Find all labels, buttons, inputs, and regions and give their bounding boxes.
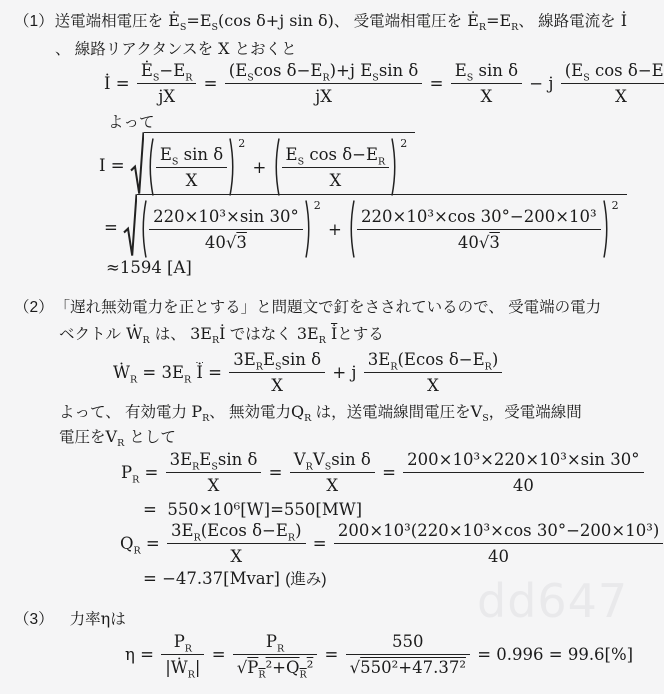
left-paren-icon — [146, 137, 154, 197]
fraction: (ES cos δ−ER)X — [561, 61, 664, 106]
denominator: 40√3 — [149, 229, 303, 252]
left-paren-icon — [272, 137, 280, 197]
numerator: (ES cos δ−ER) — [561, 61, 664, 83]
denominator: X — [156, 167, 227, 190]
math-operator: + — [247, 158, 271, 177]
equation-current-complex: İ = ĖS−ERjX = (EScos δ−ER)+j ESsin δjX =… — [104, 61, 664, 106]
section2-line1: （2）「遅れ無効電力を正とする」と問題文で釘をさされているので、 受電端の電力 — [14, 295, 601, 321]
text-run: 、 線路電流を — [518, 9, 615, 35]
text-run: とおくと — [235, 37, 297, 63]
numerator: 550 — [346, 632, 470, 654]
numerator: 220×10³×cos 30°−200×10³ — [357, 207, 601, 229]
section2-line4: 電圧をVR として — [59, 424, 176, 451]
denominator: X — [290, 472, 375, 495]
math-operator: = — [198, 74, 222, 93]
denominator: 40√3 — [357, 229, 601, 252]
equation-reactive-power: QR = 3ER(Ecos δ−ER)X = 200×10³(220×10³×c… — [120, 521, 664, 566]
math-run: QR — [291, 399, 311, 425]
radical-icon — [130, 132, 144, 198]
exponent: 2 — [612, 199, 619, 212]
math-run: ẆR — [121, 321, 155, 347]
fraction: 3ERESsin δX — [229, 350, 325, 395]
square-root: ES sin δX 2 + ES cos δ−ERX 2 — [130, 132, 415, 198]
section1-line1: （1）送電端相電圧を ĖS=ES(cos δ+j sin δ)、 受電端相電圧を… — [14, 8, 627, 35]
equation-power-factor: η = PR|ẆR| = PR√PR²+QR² = 550√550²+47.37… — [125, 632, 633, 677]
math-run: 3ERİ — [190, 321, 225, 347]
fraction: 200×10³(220×10³×cos 30°−200×10³)40 — [334, 521, 663, 566]
fraction: 3ERESsin δX — [166, 450, 262, 495]
section2-label: （2） — [14, 295, 54, 321]
text-run: ではなく — [225, 322, 291, 348]
denominator: √550²+47.37² — [346, 654, 470, 677]
text-run: ベクトル — [59, 322, 121, 348]
text-run: は — [110, 607, 126, 633]
fraction: ĖS−ERjX — [137, 61, 197, 106]
text-run: は，送電端線間電圧を — [311, 400, 470, 426]
math-result: = 0.996 = 99.6[%] — [472, 645, 633, 664]
numerator: 3ER(Ecos δ−ER) — [364, 350, 502, 372]
equation-current-magnitude: I = ES sin δX 2 + ES cos δ−ERX 2 — [99, 132, 415, 198]
math-result: = 550×10⁶[W]=550[MW] — [143, 500, 362, 519]
left-paren-icon — [347, 199, 355, 259]
text-run: (進み) — [285, 567, 326, 589]
denominator: jX — [225, 83, 423, 106]
left-paren-icon — [139, 199, 147, 259]
math-lhs: PR = — [121, 463, 164, 482]
math-operator: = — [308, 534, 332, 553]
fraction: PR√PR²+QR² — [233, 632, 318, 677]
section2-line3: よって、 有効電力 PR、 無効電力QR は，送電端線間電圧をVS，受電端線間 — [59, 399, 582, 426]
math-run: VR — [106, 424, 130, 450]
numerator: 200×10³(220×10³×cos 30°−200×10³) — [334, 521, 663, 543]
denominator: X — [167, 543, 305, 566]
denominator: √PR²+QR² — [233, 654, 318, 677]
text-run: とする — [337, 322, 384, 348]
math-lhs: ẆR = 3ER İ = — [113, 363, 227, 382]
math-lhs: η = — [125, 645, 159, 664]
numerator: ES cos δ−ER — [282, 145, 390, 167]
text-run: よって、 有効電力 — [59, 400, 191, 426]
equation-active-power-result: = 550×10⁶[W]=550[MW] — [143, 500, 362, 519]
math-run: ĖR=ER — [462, 8, 518, 34]
numerator: 3ERESsin δ — [166, 450, 262, 472]
numerator: PR — [233, 632, 318, 654]
fraction: 220×10³×sin 30°40√3 — [149, 207, 303, 252]
math-run: VS — [471, 399, 489, 425]
denominator: X — [229, 372, 325, 395]
text-run: 、 線路リアクタンスを — [55, 37, 213, 63]
fraction: 200×10³×220×10³×sin 30°40 — [403, 450, 643, 495]
text-run: は、 — [155, 322, 190, 348]
denominator: X — [364, 372, 502, 395]
math-result: = −47.37[Mvar] — [143, 569, 285, 588]
numerator: ĖS−ER — [137, 61, 197, 83]
radical-icon — [123, 194, 137, 260]
numerator: 200×10³×220×10³×sin 30° — [403, 450, 643, 472]
right-paren-icon — [603, 199, 611, 259]
numerator: 3ERESsin δ — [229, 350, 325, 372]
numerator: PR — [161, 632, 204, 654]
text-run: 「遅れ無効電力を正とする」と問題文で釘をさされているので、 受電端の電力 — [55, 295, 602, 321]
math-operator: = — [319, 645, 343, 664]
math-result: ≈1594 [A] — [106, 258, 192, 277]
math-lhs: = — [104, 218, 123, 237]
math-run: PR — [191, 399, 209, 425]
math-operator: = — [424, 74, 448, 93]
denominator: X — [282, 167, 390, 190]
numerator: VRVSsin δ — [290, 450, 375, 472]
fraction: 3ER(Ecos δ−ER)X — [167, 521, 305, 566]
section2-line2: ベクトル ẆR は、 3ERİ ではなく 3ER İとする — [59, 321, 384, 348]
fraction: ES sin δX — [156, 145, 227, 190]
radicand: ES sin δX 2 + ES cos δ−ERX 2 — [144, 132, 415, 198]
math-operator: = — [206, 645, 230, 664]
denominator: |ẆR| — [161, 654, 204, 677]
section3-label: （3） — [14, 607, 54, 633]
right-paren-icon — [305, 199, 313, 259]
fraction: VRVSsin δX — [290, 450, 375, 495]
math-run: İ — [616, 8, 627, 34]
exponent: 2 — [314, 199, 321, 212]
equation-power-vector: ẆR = 3ER İ = 3ERESsin δX + j 3ER(Ecos δ−… — [113, 350, 504, 395]
text-run: 電圧を — [59, 425, 106, 451]
fraction: 550√550²+47.37² — [346, 632, 470, 677]
text-run: として — [129, 425, 176, 451]
equation-current-result: ≈1594 [A] — [106, 258, 192, 277]
math-operator: = — [263, 463, 287, 482]
math-lhs: İ = — [104, 74, 135, 93]
fraction: 220×10³×cos 30°−200×10³40√3 — [357, 207, 601, 252]
denominator: 40 — [403, 472, 643, 495]
section1-line2: 、 線路リアクタンスを X とおくと — [55, 36, 297, 63]
math-run: η — [101, 606, 111, 632]
denominator: X — [561, 83, 664, 106]
math-operator: + j — [327, 363, 362, 382]
document-page: （1）送電端相電圧を ĖS=ES(cos δ+j sin δ)、 受電端相電圧を… — [0, 0, 664, 694]
denominator: 40 — [334, 543, 663, 566]
denominator: jX — [137, 83, 197, 106]
text-run: 力率 — [70, 607, 101, 633]
math-operator: + — [323, 220, 347, 239]
math-run: 3ER İ — [292, 321, 338, 347]
equation-current-numeric: = 220×10³×sin 30°40√3 2 + 220×10³×cos 30… — [104, 194, 627, 260]
math-run: ĖS=ES(cos δ+j sin δ) — [163, 8, 334, 34]
exponent: 2 — [238, 137, 245, 150]
math-lhs: QR = — [120, 534, 165, 553]
section1-label: （1） — [14, 9, 54, 35]
math-run: X — [213, 36, 235, 62]
denominator: X — [451, 83, 522, 106]
math-operator: = — [377, 463, 401, 482]
denominator: X — [166, 472, 262, 495]
exponent: 2 — [400, 137, 407, 150]
text-run: 、 受電端相電圧を — [334, 9, 462, 35]
fraction: ES cos δ−ERX — [282, 145, 390, 190]
equation-active-power: PR = 3ERESsin δX = VRVSsin δX = 200×10³×… — [121, 450, 646, 495]
text-run: ，受電端線間 — [489, 400, 582, 426]
numerator: 220×10³×sin 30° — [149, 207, 303, 229]
radicand: 220×10³×sin 30°40√3 2 + 220×10³×cos 30°−… — [137, 194, 627, 260]
fraction: (EScos δ−ER)+j ESsin δjX — [225, 61, 423, 106]
fraction: 3ER(Ecos δ−ER)X — [364, 350, 502, 395]
fraction: ES sin δX — [451, 61, 522, 106]
math-operator: − j — [524, 74, 559, 93]
numerator: 3ER(Ecos δ−ER) — [167, 521, 305, 543]
equation-reactive-power-result: = −47.37[Mvar] (進み) — [143, 567, 327, 589]
numerator: ES sin δ — [156, 145, 227, 167]
fraction: PR|ẆR| — [161, 632, 204, 677]
numerator: ES sin δ — [451, 61, 522, 83]
right-paren-icon — [391, 137, 399, 197]
numerator: (EScos δ−ER)+j ESsin δ — [225, 61, 423, 83]
section3-line1: （3）力率ηは — [14, 606, 126, 633]
right-paren-icon — [229, 137, 237, 197]
square-root: 220×10³×sin 30°40√3 2 + 220×10³×cos 30°−… — [123, 194, 627, 260]
text-run: 、 無効電力 — [209, 400, 291, 426]
math-lhs: I = — [99, 156, 130, 175]
text-run: 送電端相電圧を — [55, 9, 164, 35]
